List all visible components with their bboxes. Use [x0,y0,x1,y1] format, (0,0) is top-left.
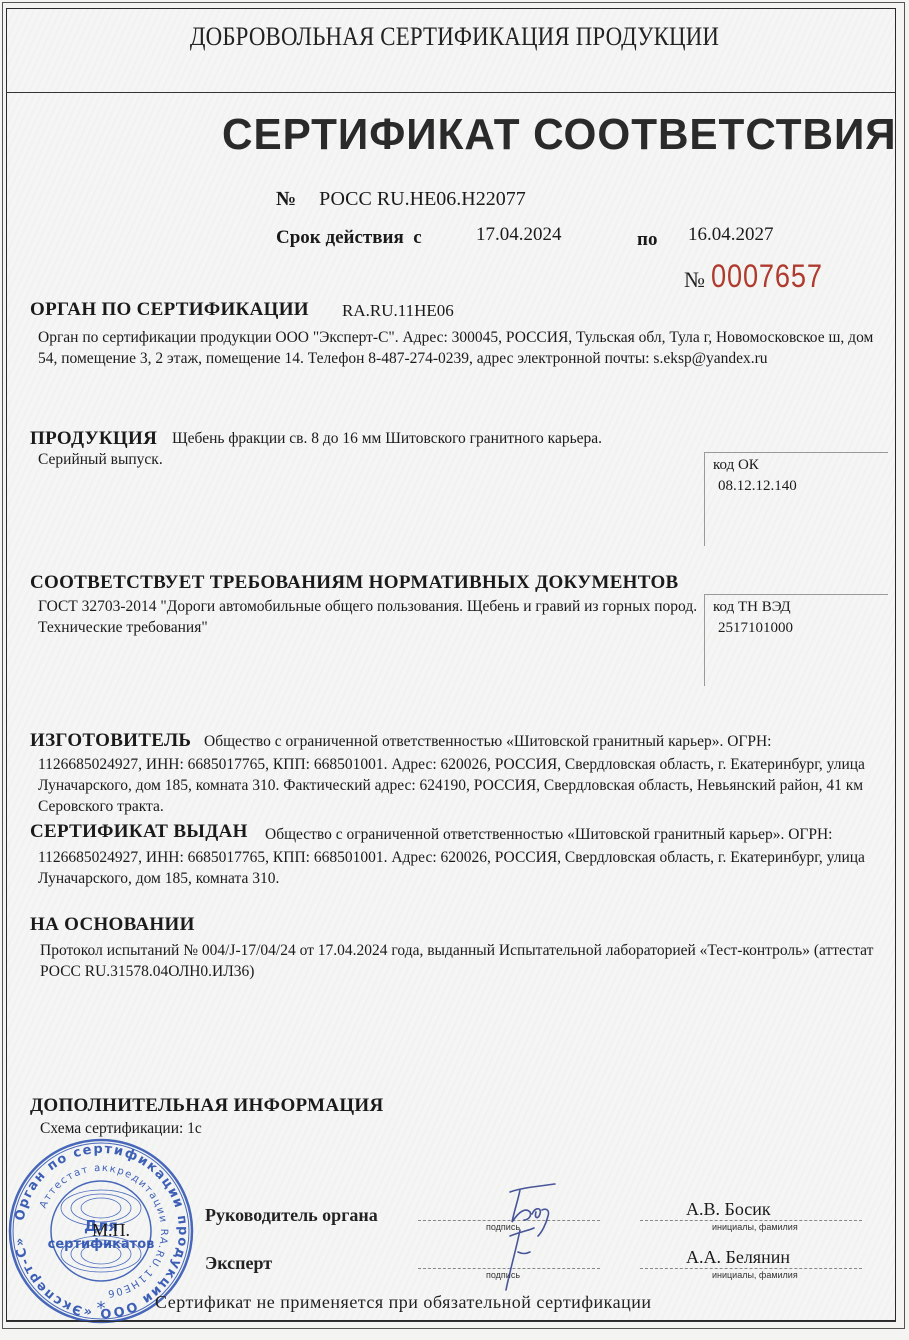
validity-to-label: по [637,229,657,251]
expert-name-caption: инициалы, фамилия [712,1270,798,1280]
expert-label: Эксперт [205,1253,272,1274]
validity-text: Срок действия [276,227,404,248]
product-release-type: Серийный выпуск. [38,451,163,469]
issued-to-name: Общество с ограниченной ответственностью… [265,826,833,844]
certification-body-text: Орган по сертификации продукции ООО "Экс… [38,327,888,369]
serial-number: №0007657 [684,258,843,295]
product-heading: ПРОДУКЦИЯ [30,428,157,450]
basis-heading: НА ОСНОВАНИИ [30,914,195,936]
number-label: № [276,188,296,210]
registration-number: № РОСС RU.НЕ06.Н22077 [276,188,526,211]
svg-text:*: * [97,1298,106,1319]
expert-name-line [640,1268,862,1269]
head-name-line [640,1220,862,1221]
certificate-title: СЕРТИФИКАТ СООТВЕТСТВИЯ [222,110,897,160]
certification-body-heading: ОРГАН ПО СЕРТИФИКАЦИИ [30,299,309,321]
code-tn-ved-box: код ТН ВЭД 2517101000 [704,594,888,686]
expert-name: А.А. Белянин [686,1247,790,1268]
code-tn-ved-label: код ТН ВЭД [713,599,791,616]
valid-to-date: 16.04.2027 [688,224,774,246]
certification-body-code: RA.RU.11НЕ06 [342,301,454,321]
code-ok-value: 08.12.12.140 [718,478,797,495]
code-ok-box: код ОК 08.12.12.140 [704,452,888,546]
manufacturer-heading: ИЗГОТОВИТЕЛЬ [30,730,191,752]
manufacturer-name: Общество с ограниченной ответственностью… [204,733,772,751]
conformity-heading: СООТВЕТСТВУЕТ ТРЕБОВАНИЯМ НОРМАТИВНЫХ ДО… [30,572,679,594]
footer-note: Сертификат не применяется при обязательн… [155,1292,651,1313]
serial-value: 0007657 [711,258,823,295]
manufacturer-details: 1126685024927, ИНН: 6685017765, КПП: 668… [38,754,888,817]
valid-from-date: 17.04.2024 [476,224,562,246]
number-value: РОСС RU.НЕ06.Н22077 [319,188,526,210]
issued-to-heading: СЕРТИФИКАТ ВЫДАН [30,821,248,843]
serial-label: № [684,267,705,292]
code-tn-ved-value: 2517101000 [718,620,793,637]
issued-to-details: 1126685024927, ИНН: 6685017765, КПП: 668… [38,847,888,889]
voluntary-certification-title: ДОБРОВОЛЬНАЯ СЕРТИФИКАЦИЯ ПРОДУКЦИИ [55,22,855,52]
conformity-standard-text: ГОСТ 32703-2014 "Дороги автомобильные об… [38,596,698,638]
head-name-caption: инициалы, фамилия [712,1222,798,1232]
footer-divider [6,1321,896,1322]
product-description: Щебень фракции св. 8 до 16 мм Шитовского… [172,430,602,448]
head-of-body-label: Руководитель органа [205,1205,378,1226]
head-name: А.В. Босик [686,1199,771,1220]
validity-from-label: с [413,227,421,248]
validity-label: Срок действия с [276,227,422,249]
handwritten-signature-icon [480,1180,580,1310]
code-ok-label: код ОК [713,457,759,474]
stamp-place-label: М.П. [92,1220,130,1241]
additional-info-heading: ДОПОЛНИТЕЛЬНАЯ ИНФОРМАЦИЯ [30,1095,384,1117]
header-divider [6,92,896,93]
basis-text: Протокол испытаний № 004/J-17/04/24 от 1… [40,940,890,982]
